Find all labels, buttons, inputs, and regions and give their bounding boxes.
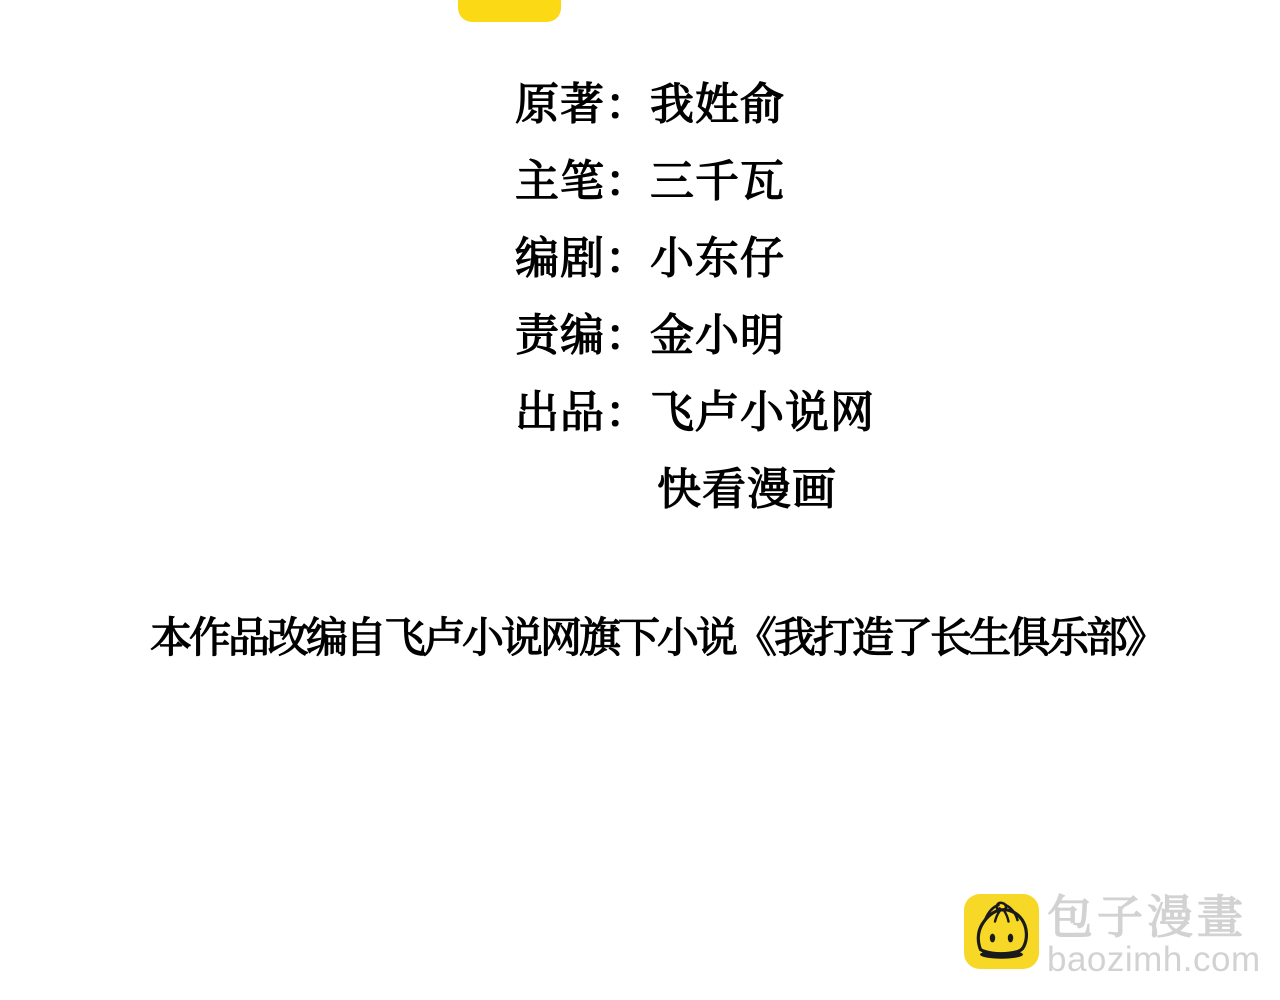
credit-screenwriter: 编剧：小东仔 (515, 220, 875, 297)
credit-producer-2: 快看漫画 (657, 451, 875, 528)
yellow-tab-decoration (458, 0, 561, 22)
credits-block: 原著：我姓俞 主笔：三千瓦 编剧：小东仔 责编：金小明 出品：飞卢小说网 快看漫… (515, 66, 875, 528)
baozi-bun-icon (964, 894, 1039, 969)
watermark-site-url: baozimh.com (1047, 942, 1261, 977)
comic-credits-page: 原著：我姓俞 主笔：三千瓦 编剧：小东仔 责编：金小明 出品：飞卢小说网 快看漫… (0, 0, 1280, 1000)
adaptation-note: 本作品改编自飞卢小说网旗下小说《我打造了长生俱乐部》 (150, 605, 1164, 665)
credit-main-artist: 主笔：三千瓦 (515, 143, 875, 220)
watermark-text: 包子漫畫 baozimh.com (1047, 894, 1261, 977)
credit-original-author: 原著：我姓俞 (515, 66, 875, 143)
credit-producer: 出品：飞卢小说网 (515, 374, 875, 451)
baozimh-watermark: 包子漫畫 baozimh.com (964, 894, 1261, 977)
credit-editor: 责编：金小明 (515, 297, 875, 374)
watermark-site-name: 包子漫畫 (1047, 894, 1261, 940)
